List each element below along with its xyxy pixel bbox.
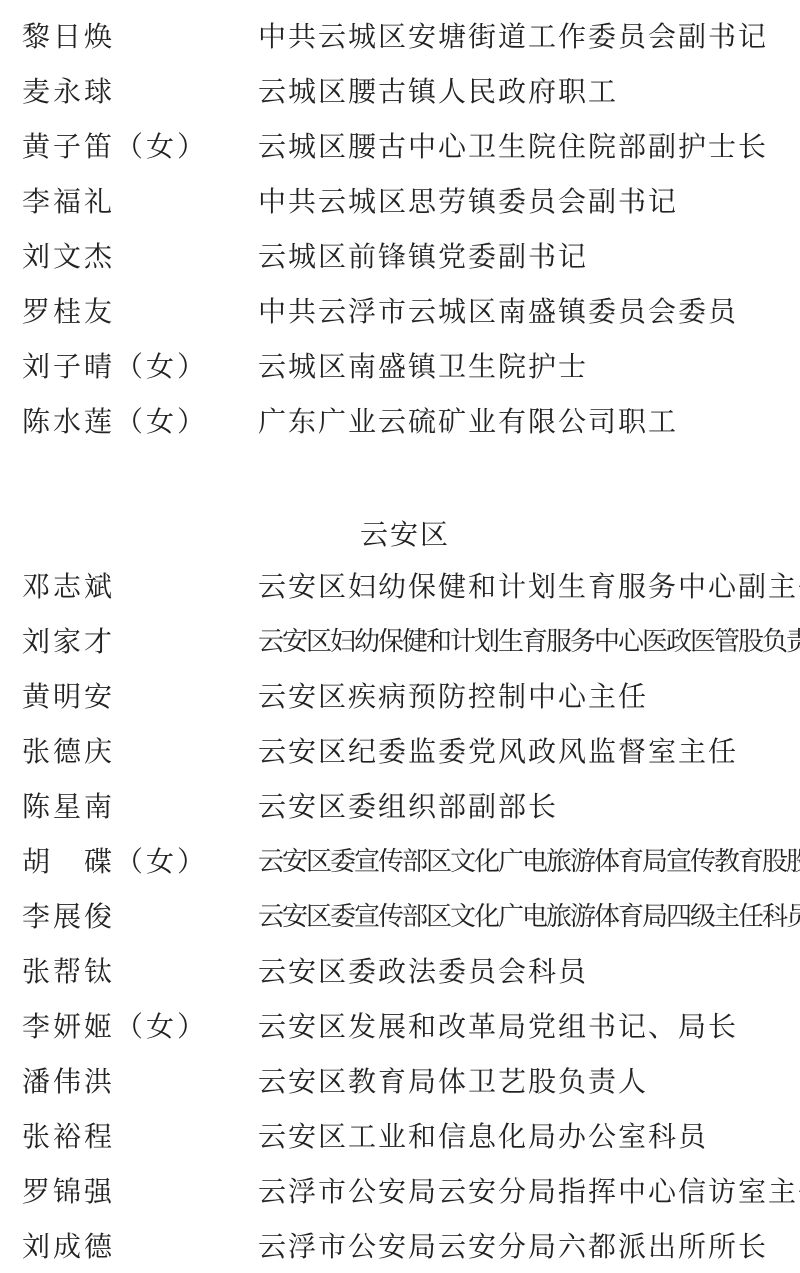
section-yuncheng-list: 黎日焕 中共云城区安塘街道工作委员会副书记 麦永球 云城区腰古镇人民政府职工 黄… (0, 9, 800, 449)
person-name: 张帮钛 (22, 958, 115, 986)
person-name: 麦永球 (22, 78, 115, 106)
person-role: 云安区纪委监委党风政风监督室主任 (258, 738, 738, 766)
list-item: 张帮钛 云安区委政法委员会科员 (0, 944, 800, 999)
person-name: 陈水莲（女） (22, 408, 208, 436)
person-name: 李福礼 (22, 188, 115, 216)
person-name: 李妍姬（女） (22, 1013, 208, 1041)
person-role: 广东广业云硫矿业有限公司职工 (258, 408, 678, 436)
person-name: 黄明安 (22, 683, 115, 711)
person-role: 中共云城区安塘街道工作委员会副书记 (258, 23, 768, 51)
list-item: 刘子晴（女） 云城区南盛镇卫生院护士 (0, 339, 800, 394)
person-role: 云安区委宣传部区文化广电旅游体育局宣传教育股股长 (258, 849, 800, 875)
list-item: 李展俊 云安区委宣传部区文化广电旅游体育局四级主任科员 (0, 889, 800, 944)
person-name: 胡 碟（女） (22, 848, 208, 876)
person-name: 黎日焕 (22, 23, 115, 51)
person-role: 云城区南盛镇卫生院护士 (258, 353, 588, 381)
list-item: 张德庆 云安区纪委监委党风政风监督室主任 (0, 724, 800, 779)
person-name: 潘伟洪 (22, 1068, 115, 1096)
person-name: 罗锦强 (22, 1178, 115, 1206)
person-role: 云城区前锋镇党委副书记 (258, 243, 588, 271)
person-role: 中共云浮市云城区南盛镇委员会委员 (258, 298, 738, 326)
person-name: 刘子晴（女） (22, 353, 208, 381)
list-item: 李妍姬（女） 云安区发展和改革局党组书记、局长 (0, 999, 800, 1054)
section-heading-yunan: 云安区 (0, 521, 800, 549)
list-item: 李福礼 中共云城区思劳镇委员会副书记 (0, 174, 800, 229)
list-item: 刘文杰 云城区前锋镇党委副书记 (0, 229, 800, 284)
person-name: 黄子笛（女） (22, 133, 208, 161)
person-name: 陈星南 (22, 793, 115, 821)
person-role: 云安区疾病预防控制中心主任 (258, 683, 648, 711)
list-item: 陈水莲（女） 广东广业云硫矿业有限公司职工 (0, 394, 800, 449)
person-role: 云浮市公安局云安分局六都派出所所长 (258, 1233, 768, 1261)
person-role: 云安区妇幼保健和计划生育服务中心医政医管股负责人 (258, 629, 800, 655)
person-role: 云安区教育局体卫艺股负责人 (258, 1068, 648, 1096)
person-name: 刘家才 (22, 628, 115, 656)
person-role: 云城区腰古中心卫生院住院部副护士长 (258, 133, 768, 161)
list-item: 罗桂友 中共云浮市云城区南盛镇委员会委员 (0, 284, 800, 339)
list-item: 潘伟洪 云安区教育局体卫艺股负责人 (0, 1054, 800, 1109)
list-item: 胡 碟（女） 云安区委宣传部区文化广电旅游体育局宣传教育股股长 (0, 834, 800, 889)
section-yunan-list: 邓志斌 云安区妇幼保健和计划生育服务中心副主任 刘家才 云安区妇幼保健和计划生育… (0, 559, 800, 1273)
list-item: 邓志斌 云安区妇幼保健和计划生育服务中心副主任 (0, 559, 800, 614)
person-role: 云安区妇幼保健和计划生育服务中心副主任 (258, 573, 800, 601)
person-role: 云安区工业和信息化局办公室科员 (258, 1123, 708, 1151)
list-item: 黎日焕 中共云城区安塘街道工作委员会副书记 (0, 9, 800, 64)
list-item: 罗锦强 云浮市公安局云安分局指挥中心信访室主任 (0, 1164, 800, 1219)
list-item: 陈星南 云安区委组织部副部长 (0, 779, 800, 834)
person-role: 云安区委政法委员会科员 (258, 958, 588, 986)
person-role: 云安区委组织部副部长 (258, 793, 558, 821)
person-name: 李展俊 (22, 903, 115, 931)
person-name: 罗桂友 (22, 298, 115, 326)
list-item: 黄子笛（女） 云城区腰古中心卫生院住院部副护士长 (0, 119, 800, 174)
person-role: 中共云城区思劳镇委员会副书记 (258, 188, 678, 216)
person-name: 刘成德 (22, 1233, 115, 1261)
person-name: 邓志斌 (22, 573, 115, 601)
list-item: 刘家才 云安区妇幼保健和计划生育服务中心医政医管股负责人 (0, 614, 800, 669)
person-role: 云安区发展和改革局党组书记、局长 (258, 1013, 738, 1041)
list-item: 黄明安 云安区疾病预防控制中心主任 (0, 669, 800, 724)
person-name: 张裕程 (22, 1123, 115, 1151)
person-name: 刘文杰 (22, 243, 115, 271)
person-role: 云安区委宣传部区文化广电旅游体育局四级主任科员 (258, 904, 800, 930)
list-item: 麦永球 云城区腰古镇人民政府职工 (0, 64, 800, 119)
person-role: 云城区腰古镇人民政府职工 (258, 78, 618, 106)
document-page: 黎日焕 中共云城区安塘街道工作委员会副书记 麦永球 云城区腰古镇人民政府职工 黄… (0, 0, 800, 1273)
person-name: 张德庆 (22, 738, 115, 766)
list-item: 刘成德 云浮市公安局云安分局六都派出所所长 (0, 1219, 800, 1273)
person-role: 云浮市公安局云安分局指挥中心信访室主任 (258, 1178, 800, 1206)
list-item: 张裕程 云安区工业和信息化局办公室科员 (0, 1109, 800, 1164)
